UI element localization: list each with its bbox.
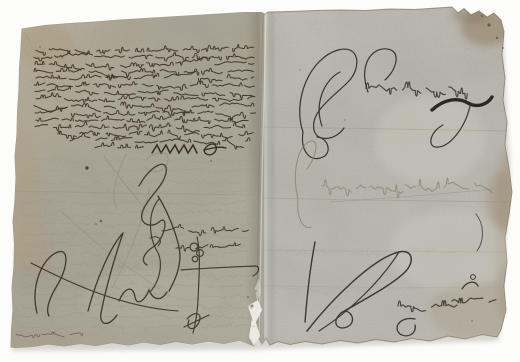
manuscript-document [0,0,520,362]
manuscript-photograph [0,0,520,362]
